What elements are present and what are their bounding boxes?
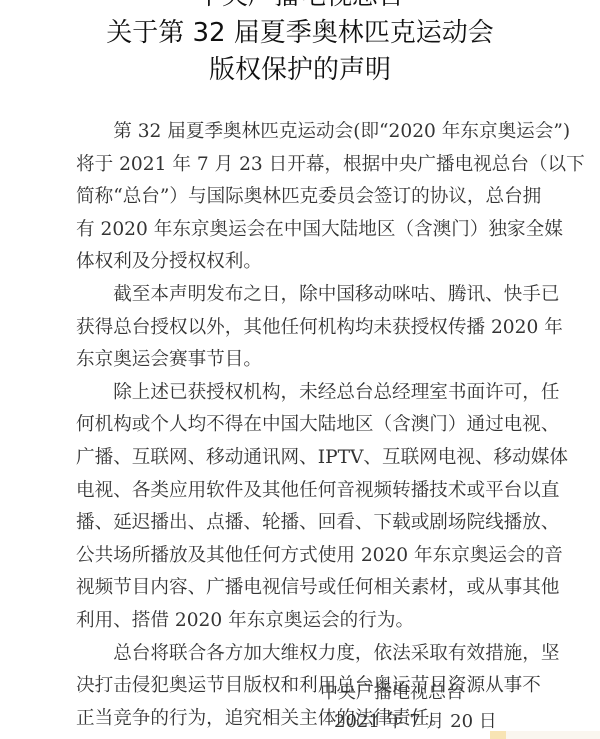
document-body: 第 32 届夏季奥林匹克运动会(即“2020 年东京奥运会”) 将于 2021 … — [76, 116, 524, 735]
title-line-issuer: 中央广播电视总台 — [0, 0, 600, 15]
body-line: 除上述已获授权机构，未经总台总经理室书面许可，任 — [76, 377, 524, 410]
signature-block: 中央广播电视总台 2021 年 7 月 20 日 — [320, 678, 497, 736]
body-line: 电视、各类应用软件及其他任何音视频转播技术或平台以直 — [76, 475, 524, 508]
title-line-subject: 关于第 32 届夏季奥林匹克运动会 — [0, 15, 600, 52]
document-title: 中央广播电视总台 关于第 32 届夏季奥林匹克运动会 版权保护的声明 — [0, 0, 600, 89]
body-line: 体权利及分授权权利。 — [76, 246, 524, 279]
body-line: 东京奥运会赛事节目。 — [76, 344, 524, 377]
signature-organization: 中央广播电视总台 — [320, 678, 497, 707]
body-line: 第 32 届夏季奥林匹克运动会(即“2020 年东京奥运会”) — [76, 116, 524, 149]
paragraph-authorized-parties: 截至本声明发布之日，除中国移动咪咕、腾讯、快手已 获得总台授权以外，其他任何机构… — [76, 279, 524, 377]
body-line: 截至本声明发布之日，除中国移动咪咕、腾讯、快手已 — [76, 279, 524, 312]
body-line: 广播、互联网、移动通讯网、IPTV、互联网电视、移动媒体 — [76, 442, 524, 475]
paragraph-rights-statement: 第 32 届夏季奥林匹克运动会(即“2020 年东京奥运会”) 将于 2021 … — [76, 116, 524, 279]
title-line-type: 版权保护的声明 — [0, 52, 600, 89]
body-line: 公共场所播放及其他任何方式使用 2020 年东京奥运会的音 — [76, 540, 524, 573]
body-line: 有 2020 年东京奥运会在中国大陆地区（含澳门）独家全媒 — [76, 214, 524, 247]
body-line: 播、延迟播出、点播、轮播、回看、下载或剧场院线播放、 — [76, 507, 524, 540]
body-line: 总台将联合各方加大维权力度，依法采取有效措施，坚 — [76, 638, 524, 671]
body-line: 获得总台授权以外，其他任何机构均未获授权传播 2020 年 — [76, 312, 524, 345]
body-line: 利用、搭借 2020 年东京奥运会的行为。 — [76, 605, 524, 638]
body-line: 将于 2021 年 7 月 23 日开幕，根据中央广播电视总台（以下 — [76, 149, 524, 182]
watermark-logo — [490, 731, 600, 739]
paragraph-prohibitions: 除上述已获授权机构，未经总台总经理室书面许可，任 何机构或个人均不得在中国大陆地… — [76, 377, 524, 638]
body-line: 何机构或个人均不得在中国大陆地区（含澳门）通过电视、 — [76, 409, 524, 442]
signature-date: 2021 年 7 月 20 日 — [320, 707, 497, 736]
body-line: 简称“总台”）与国际奥林匹克委员会签订的协议，总台拥 — [76, 181, 524, 214]
body-line: 视频节目内容、广播电视信号或任何相关素材，或从事其他 — [76, 572, 524, 605]
